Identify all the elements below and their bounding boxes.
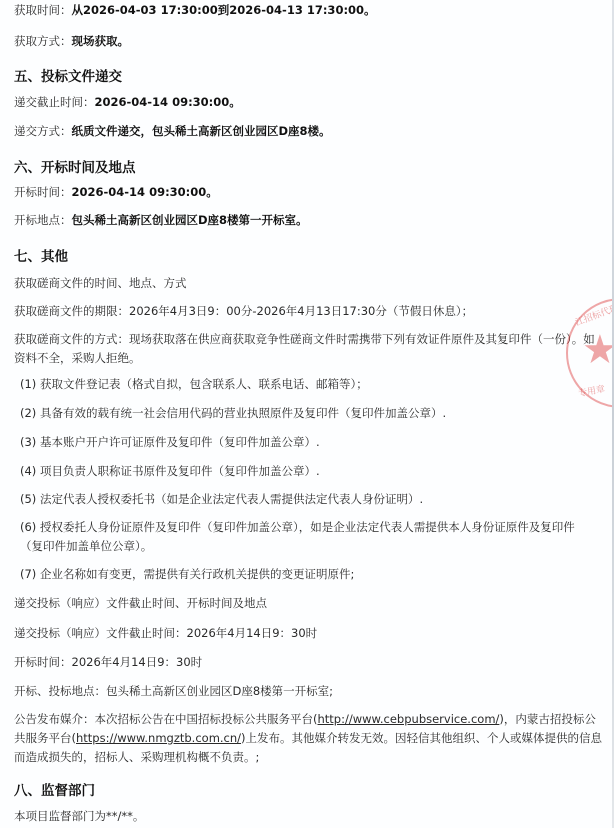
requirement-item-1: (1) 获取文件登记表（格式自拟，包含联系人、联系电话、邮箱等）；	[20, 377, 368, 392]
open-place-label: 开标地点：	[14, 213, 72, 227]
submit-deadline-value: 2026-04-14 09:30:00。	[95, 95, 241, 109]
section7-sub2: 递交投标（响应）文件截止时间、开标时间及地点	[14, 596, 267, 611]
acquire-method-detail: 获取磋商文件的方式：现场获取落在供应商获取竞争性磋商文件时需携带下列有效证件原件…	[14, 330, 604, 368]
open-time-cn: 开标时间：2026年4月14日9：30时	[14, 655, 202, 670]
section5-heading: 五、投标文件递交	[14, 65, 122, 85]
supervision-text: 本项目监督部门为**/**。	[14, 809, 144, 824]
submit-method-value: 纸质文件递交，包头稀土高新区创业园区D座8楼。	[72, 124, 331, 138]
open-place-cn: 开标、投标地点：包头稀土高新区创业园区D座8楼第一开标室;	[14, 684, 333, 699]
open-time-value: 2026-04-14 09:30:00。	[72, 185, 218, 199]
document-page: 获取时间：从2026-04-03 17:30:00到2026-04-13 17:…	[0, 0, 614, 828]
requirement-item-3: (3) 基本账户开户许可证原件及复印件（复印件加盖公章）.	[20, 435, 320, 450]
media-prefix: 公告发布媒介：本次招标公告在中国招标投标公共服务平台(	[14, 712, 317, 726]
acquire-time-label: 获取时间：	[14, 3, 72, 17]
open-time-line: 开标时间：2026-04-14 09:30:00。	[14, 185, 218, 200]
acquire-time-line: 获取时间：从2026-04-03 17:30:00到2026-04-13 17:…	[14, 3, 376, 18]
acquire-time-value: 从2026-04-03 17:30:00到2026-04-13 17:30:00…	[72, 3, 376, 17]
star-icon: ★	[582, 330, 614, 370]
submit-deadline-label: 递交截止时间：	[14, 95, 95, 109]
open-time-label: 开标时间：	[14, 185, 72, 199]
requirement-item-6: (6) 授权委托人身份证原件及复印件（复印件加盖公章），如是企业法定代表人需提供…	[20, 518, 595, 556]
acquire-method-label: 获取方式：	[14, 34, 72, 48]
publication-media: 公告发布媒介：本次招标公告在中国招标投标公共服务平台(http://www.ce…	[14, 710, 604, 767]
nmgztb-link[interactable]: https://www.nmgztb.com.cn/	[76, 731, 241, 745]
section7-sub1: 获取磋商文件的时间、地点、方式	[14, 276, 187, 291]
requirement-item-2: (2) 具备有效的载有统一社会信用代码的营业执照原件及复印件（复印件加盖公章）.	[20, 406, 446, 421]
submit-deadline-cn: 递交投标（响应）文件截止时间：2026年4月14日9：30时	[14, 626, 317, 641]
submit-method-label: 递交方式：	[14, 124, 72, 138]
acquire-method-value: 现场获取。	[72, 34, 130, 48]
open-place-value: 包头稀土高新区创业园区D座8楼第一开标室。	[72, 213, 308, 227]
stamp-text-bottom: 专用章	[577, 382, 606, 399]
stamp-text: 江招标代理	[573, 301, 614, 329]
requirement-item-7: (7) 企业名称如有变更，需提供有关行政机关提供的变更证明原件;	[20, 567, 354, 582]
submit-deadline-line: 递交截止时间：2026-04-14 09:30:00。	[14, 95, 241, 110]
cebpubservice-link[interactable]: http://www.cebpubservice.com/	[317, 712, 499, 726]
requirement-item-5: (5) 法定代表人授权委托书（如是企业法定代表人需提供法定代表人身份证明）.	[20, 492, 423, 507]
acquire-method-line: 获取方式：现场获取。	[14, 34, 129, 49]
section6-heading: 六、开标时间及地点	[14, 156, 136, 176]
acquire-period: 获取磋商文件的期限：2026年4月3日9：00分-2026年4月13日17:30…	[14, 304, 473, 319]
official-seal-stamp: 江招标代理 ★ 专用章	[566, 298, 614, 408]
submit-method-line: 递交方式：纸质文件递交，包头稀土高新区创业园区D座8楼。	[14, 124, 331, 139]
requirement-item-4: (4) 项目负责人职称证书原件及复印件（复印件加盖公章）.	[20, 464, 320, 479]
section7-heading: 七、其他	[14, 245, 68, 265]
open-place-line: 开标地点：包头稀土高新区创业园区D座8楼第一开标室。	[14, 213, 308, 228]
section8-heading: 八、监督部门	[14, 779, 95, 799]
